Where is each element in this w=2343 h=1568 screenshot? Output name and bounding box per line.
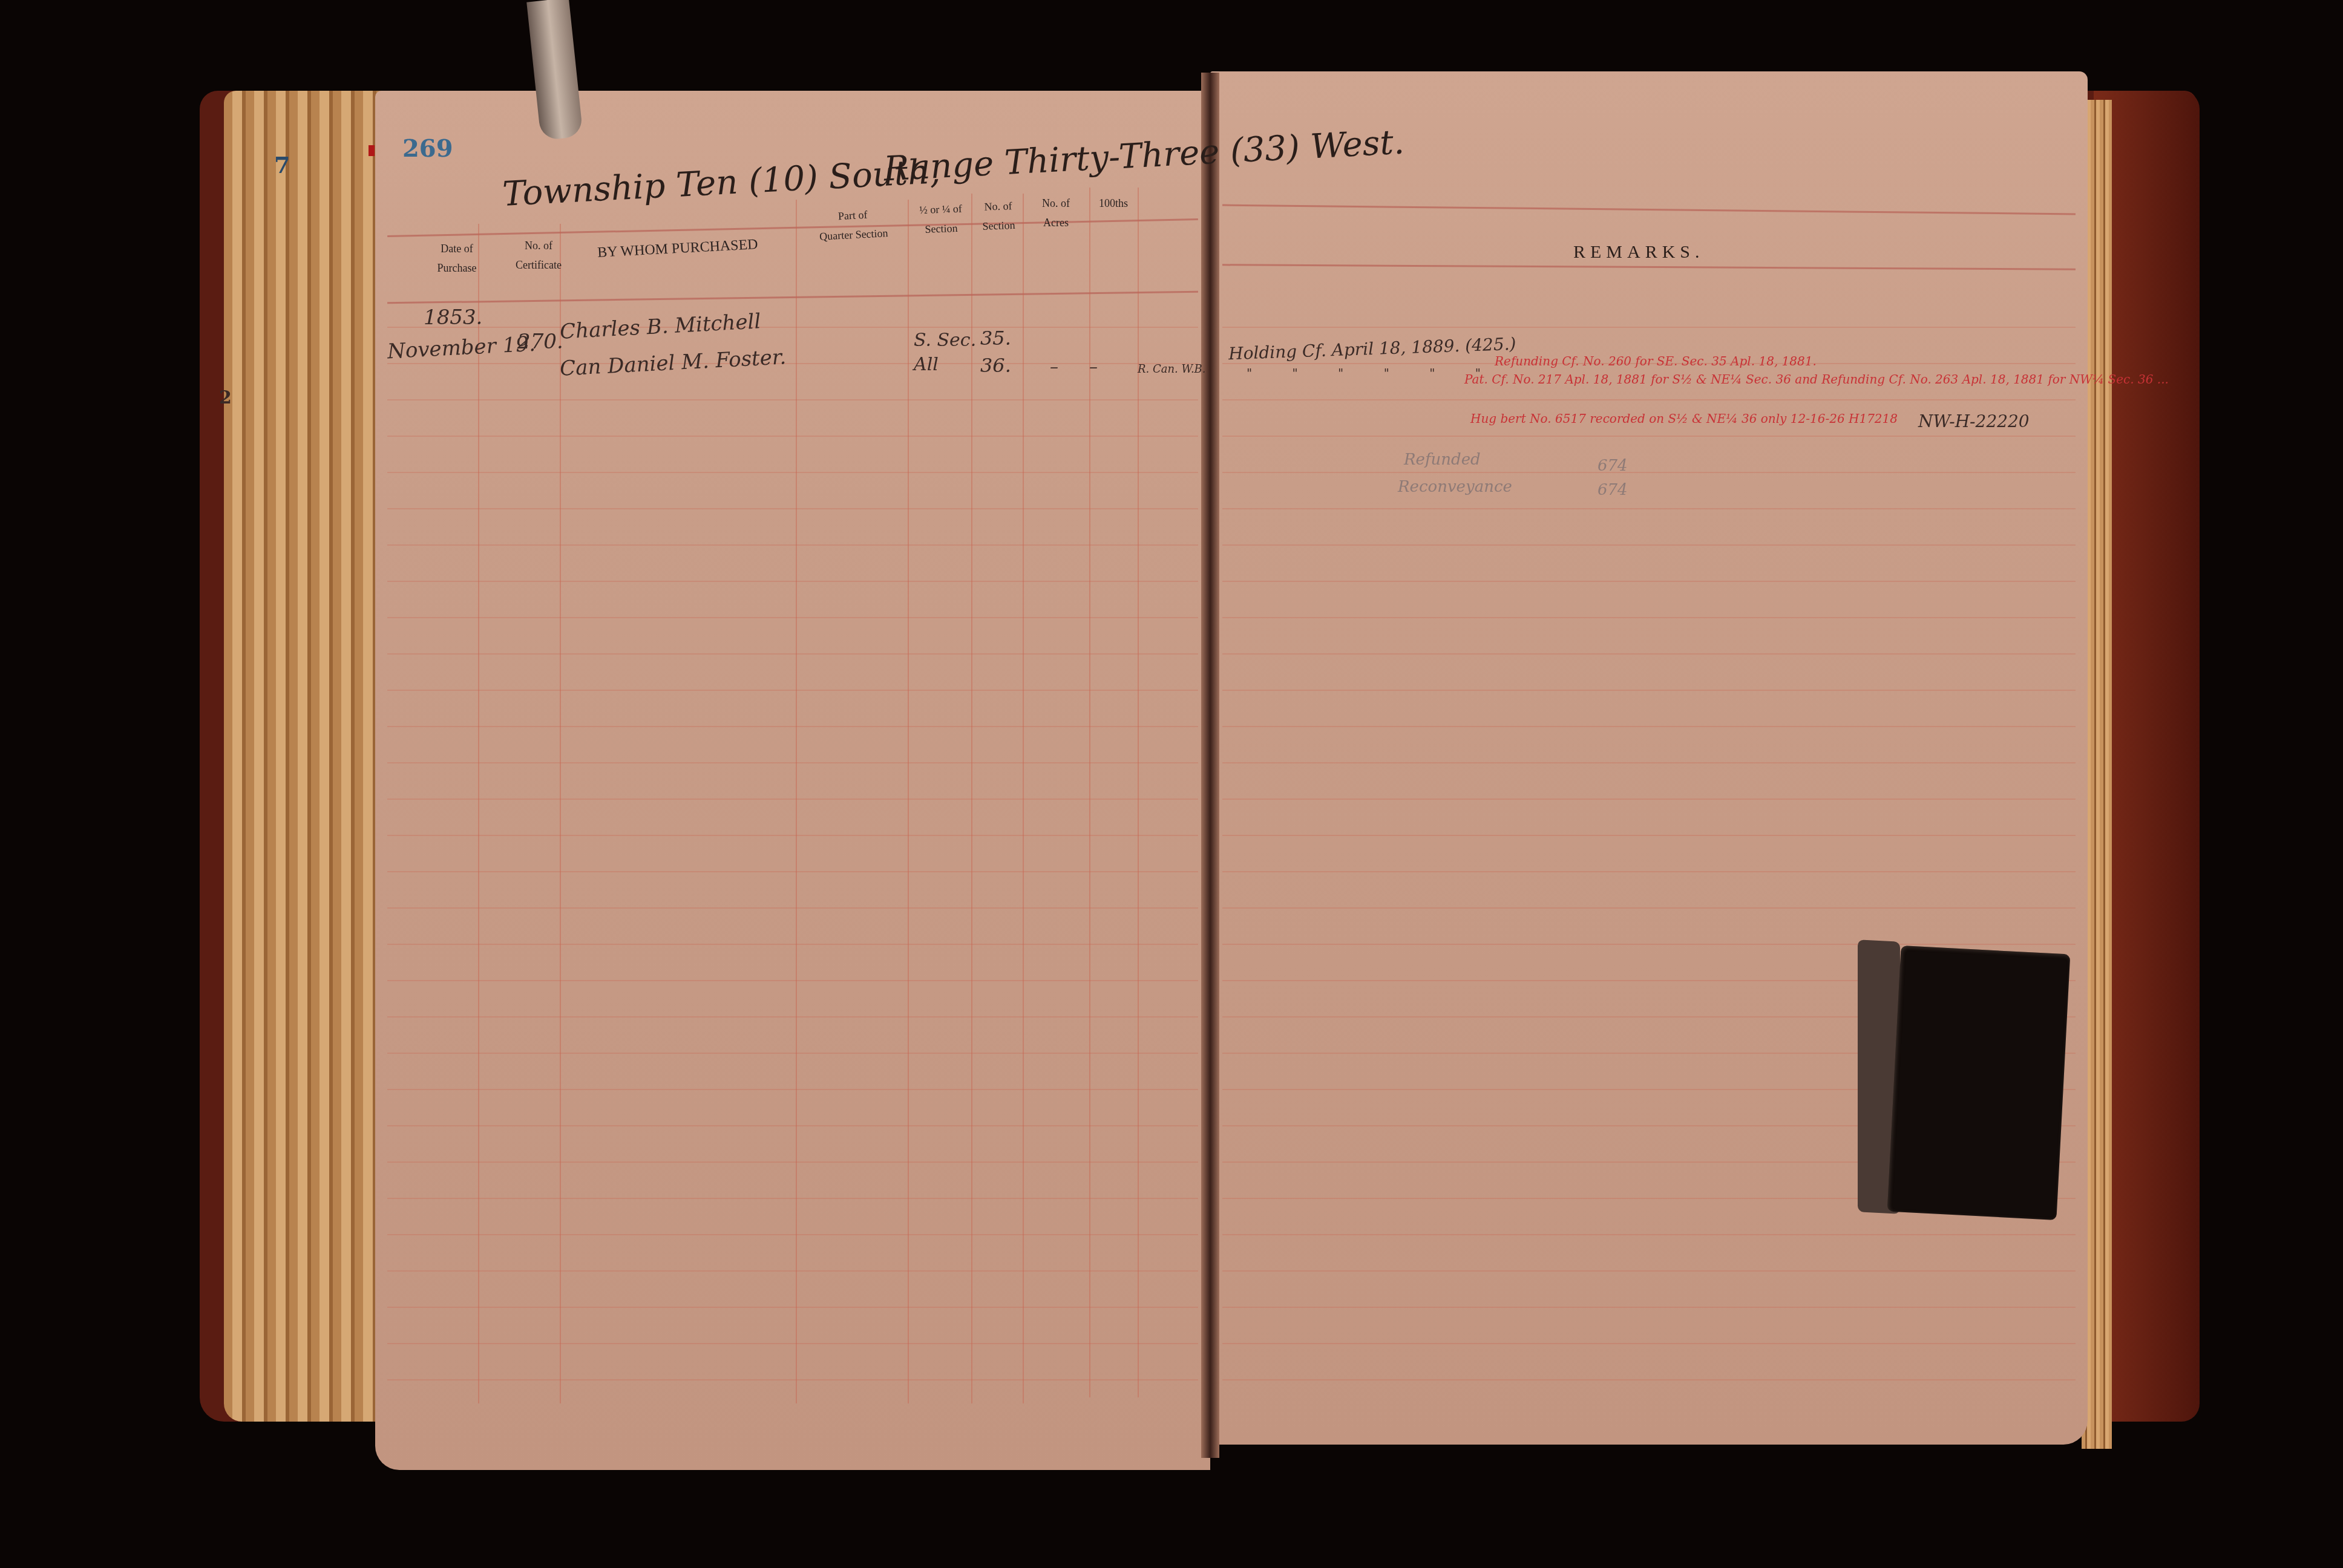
entry-part-2: All [914,354,939,375]
entry-section-2: 36. [980,354,1011,377]
column-header-hundredths: 100ths [1089,194,1138,213]
left-page-stack [224,91,387,1422]
entry-certificate: 270. [517,330,563,354]
page-tab-number: 2 [219,387,232,408]
column-header-certificate: No. of Certificate [508,236,569,275]
remarks-heading: REMARKS. [1573,242,1705,263]
pencil-note-label: Reconveyance [1398,478,1512,496]
pencil-note-value: 674 [1597,457,1628,475]
column-header-fraction-of-section: ½ or ¼ of Section [910,198,972,239]
entry-year: 1853. [424,305,482,330]
remark-refunding: Refunding Cf. No. 260 for SE. Sec. 35 Ap… [1495,354,1817,368]
page-number: 269 [402,134,453,163]
column-header-section: No. of Section [974,196,1023,237]
red-margin-mark [369,145,375,156]
entry-price-note: R. Can. W.B. [1138,363,1206,376]
column-header-date: Date of Purchase [424,239,490,278]
book-gutter [1201,73,1219,1458]
remark-homestead: Hug bert No. 6517 recorded on S½ & NE¼ 3… [1470,411,1898,426]
remark-patent: Pat. Cf. No. 217 Apl. 18, 1881 for S½ & … [1464,372,2169,387]
column-header-acres: No. of Acres [1026,194,1086,232]
pencil-note-value: 674 [1597,481,1628,499]
pencil-note-label: Refunded [1404,451,1481,469]
remark-ditto-marks: " " " " " " [1247,366,1499,381]
page-tab-number: 7 [274,151,290,178]
entry-part-1: S. Sec. [914,330,976,351]
entry-acres: – [1050,357,1058,377]
entry-section-1: 35. [980,327,1011,350]
column-header-part-of-quarter-section: Part of Quarter Section [804,203,902,247]
page-weight-block [1858,935,2069,1219]
entry-hundredths: – [1089,357,1098,377]
right-page [1210,71,2088,1445]
remark-nw-h-number: NW-H-22220 [1918,411,2030,431]
